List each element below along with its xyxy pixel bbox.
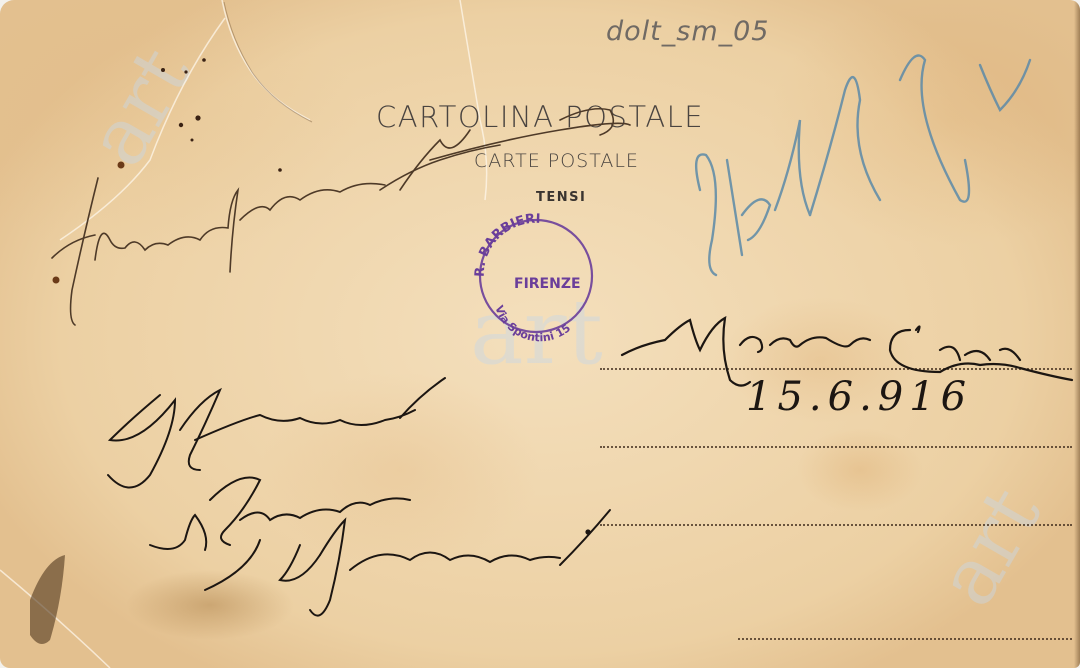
archive-code: dolt_sm_05 — [606, 16, 769, 47]
brown-ink-signature-top — [52, 109, 630, 325]
paper-creases — [0, 0, 487, 668]
signature-left-1 — [108, 378, 445, 488]
blue-pencil-note — [696, 56, 1030, 276]
postcard-back: art art art CARTOLINA POSTALE CARTE POST… — [0, 0, 1080, 668]
crease-shadow — [224, 2, 312, 122]
signature-date: 15.6.916 — [746, 374, 972, 420]
ink-smudge — [30, 555, 65, 644]
signature-left-2 — [150, 478, 410, 591]
rubber-stamp: R. BARBIERI FIRENZE Via Spontini 15 — [473, 212, 592, 345]
stamp-top-arc: R. BARBIERI — [473, 212, 541, 278]
ink-specks — [53, 58, 282, 283]
signature-left-3 — [280, 510, 610, 616]
stamp-city: FIRENZE — [514, 276, 581, 292]
stamp-bottom-arc: Via Spontini 15 — [492, 304, 573, 345]
handwriting-layer: dolt_sm_05 — [0, 0, 1080, 668]
